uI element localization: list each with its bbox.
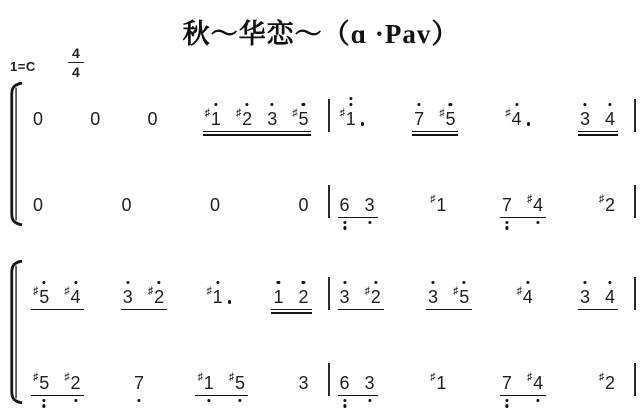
note-number: 2 — [298, 288, 308, 306]
octave-dot-below — [43, 399, 46, 402]
octave-dot-below — [43, 404, 46, 407]
lower-part-line: 000063♯17♯4♯2 — [23, 170, 636, 218]
note-number: 4 — [605, 288, 615, 306]
note-group: ♯1 — [204, 288, 234, 310]
system-lines: 000♯1♯23♯5♯17♯5♯434000063♯17♯4♯2 — [23, 84, 636, 218]
note: ♯4 — [527, 374, 543, 392]
note: 3 — [365, 196, 375, 214]
note: ♯1 — [430, 374, 446, 392]
octave-dot-above — [157, 281, 160, 284]
octave-dot-above — [418, 103, 421, 106]
note-group: 7♯4 — [500, 196, 546, 218]
measure: ♯5♯43♯2♯112 — [23, 288, 328, 310]
note-number: 1 — [436, 196, 446, 214]
note-number: 6 — [340, 374, 350, 392]
note: 4 — [605, 288, 615, 306]
octave-dot-below — [368, 221, 371, 224]
note-group: ♯2 — [597, 374, 618, 396]
note-number: 1 — [346, 110, 356, 128]
note: 7 — [502, 196, 512, 214]
note: ♯1 — [197, 374, 213, 392]
song-title: 秋～华恋～（ɑ ·Pav） — [0, 12, 642, 51]
lower-part-line: ♯5♯27♯1♯5363♯17♯4♯2 — [23, 348, 636, 396]
note-number: 2 — [154, 288, 164, 306]
note: 3 — [580, 288, 590, 306]
sharp-accidental-icon: ♯ — [236, 108, 241, 119]
note-group: 3♯5 — [426, 288, 472, 310]
note-number: 7 — [502, 374, 512, 392]
note-group: 0 — [31, 196, 46, 218]
note-number: 3 — [267, 110, 277, 128]
octave-dot-above — [343, 281, 346, 284]
note: ♯4 — [64, 288, 80, 306]
note: ♯2 — [148, 288, 164, 306]
upper-part-line: 000♯1♯23♯5♯17♯5♯434 — [23, 84, 636, 132]
note-number: 4 — [533, 374, 543, 392]
sharp-accidental-icon: ♯ — [33, 372, 38, 383]
augmentation-dot — [361, 122, 365, 126]
sharp-accidental-icon: ♯ — [197, 372, 202, 383]
note: ♯1 — [340, 110, 365, 128]
octave-dot-below — [537, 221, 540, 224]
note: ♯2 — [599, 374, 615, 392]
note-number: 7 — [134, 374, 144, 392]
note-number: 0 — [298, 196, 308, 214]
octave-dot-below — [505, 399, 508, 402]
note: 0 — [33, 196, 43, 214]
octave-dot-above — [583, 103, 586, 106]
note-group: 0 — [119, 196, 134, 218]
time-signature-numerator: 4 — [68, 45, 84, 63]
octave-dot-below — [505, 404, 508, 407]
note-number: 1 — [436, 374, 446, 392]
sharp-accidental-icon: ♯ — [599, 372, 604, 383]
octave-dot-below — [207, 399, 210, 402]
note-group: 0 — [88, 110, 103, 132]
measure: 63♯17♯4♯2 — [330, 196, 635, 218]
sharp-accidental-icon: ♯ — [430, 372, 435, 383]
octave-dot-above — [214, 103, 217, 106]
note: 0 — [147, 110, 157, 128]
note: 7 — [502, 374, 512, 392]
note: 0 — [33, 110, 43, 128]
note-number: 1 — [213, 288, 223, 306]
system-lines: ♯5♯43♯2♯1123♯23♯5♯434♯5♯27♯1♯5363♯17♯4♯2 — [23, 262, 636, 396]
note-number: 1 — [211, 110, 221, 128]
octave-dot-above — [526, 281, 529, 284]
sharp-accidental-icon: ♯ — [439, 108, 444, 119]
note-group: 34 — [578, 288, 618, 310]
note: 4 — [605, 110, 615, 128]
octave-dot-below — [368, 399, 371, 402]
sharp-accidental-icon: ♯ — [527, 372, 532, 383]
octave-dot-above — [515, 103, 518, 106]
upper-part-line: ♯5♯43♯2♯1123♯23♯5♯434 — [23, 262, 636, 310]
sharp-accidental-icon: ♯ — [206, 286, 211, 297]
octave-dot-above — [449, 103, 452, 106]
note-number: 0 — [147, 110, 157, 128]
octave-dot-above — [349, 103, 352, 106]
note-group: 0 — [145, 110, 160, 132]
note-number: 0 — [33, 196, 43, 214]
note-group: 0 — [31, 110, 46, 132]
note-group: 34 — [578, 110, 618, 132]
note-number: 3 — [428, 288, 438, 306]
note: 3 — [340, 288, 350, 306]
note-number: 4 — [533, 196, 543, 214]
octave-dot-below — [505, 221, 508, 224]
augmentation-dot — [527, 122, 531, 126]
sharp-accidental-icon: ♯ — [205, 108, 210, 119]
note: 3 — [580, 110, 590, 128]
octave-dot-below — [343, 221, 346, 224]
note: 3 — [267, 110, 277, 128]
note-number: 0 — [33, 110, 43, 128]
barline — [634, 277, 636, 310]
note: 3 — [123, 288, 133, 306]
sharp-accidental-icon: ♯ — [64, 286, 69, 297]
note: 2 — [298, 288, 308, 306]
octave-dot-above — [302, 281, 305, 284]
octave-dot-above — [374, 281, 377, 284]
note: 6 — [340, 196, 350, 214]
sharp-accidental-icon: ♯ — [453, 286, 458, 297]
note: ♯5 — [453, 288, 469, 306]
octave-dot-below — [537, 399, 540, 402]
note-number: 5 — [39, 374, 49, 392]
measure: 000♯1♯23♯5 — [23, 110, 328, 132]
octave-dot-above — [431, 281, 434, 284]
octave-dot-above — [43, 281, 46, 284]
note-number: 3 — [365, 196, 375, 214]
note-number: 0 — [210, 196, 220, 214]
note-group: 7♯4 — [500, 374, 546, 396]
note: ♯5 — [292, 110, 308, 128]
sharp-accidental-icon: ♯ — [340, 108, 345, 119]
note: ♯2 — [236, 110, 252, 128]
note-number: 6 — [340, 196, 350, 214]
note-group: ♯1 — [428, 374, 449, 396]
note: 6 — [340, 374, 350, 392]
sharp-accidental-icon: ♯ — [599, 194, 604, 205]
octave-dot-above — [608, 281, 611, 284]
octave-dot-below — [343, 399, 346, 402]
barline — [634, 185, 636, 218]
note: ♯5 — [439, 110, 455, 128]
measure: 63♯17♯4♯2 — [330, 374, 635, 396]
note-group: 12 — [271, 288, 311, 310]
barline — [634, 363, 636, 396]
note-group: ♯1 — [428, 196, 449, 218]
note-number: 2 — [371, 288, 381, 306]
octave-dot-above — [126, 281, 129, 284]
sharp-accidental-icon: ♯ — [505, 108, 510, 119]
note-number: 1 — [273, 288, 283, 306]
note: ♯4 — [505, 110, 530, 128]
measure: ♯17♯5♯434 — [330, 110, 635, 132]
note-group: 0 — [296, 196, 311, 218]
key-signature: 1=C — [10, 59, 36, 74]
note-number: 3 — [580, 110, 590, 128]
note: ♯2 — [365, 288, 381, 306]
time-signature-denominator: 4 — [68, 63, 84, 80]
measure: 0000 — [23, 196, 328, 218]
note-group: 3♯2 — [121, 288, 167, 310]
octave-dot-above — [349, 97, 352, 100]
octave-dot-above — [608, 103, 611, 106]
octave-dot-above — [246, 103, 249, 106]
note-number: 3 — [365, 374, 375, 392]
note: 7 — [414, 110, 424, 128]
octave-dot-above — [271, 103, 274, 106]
note-number: 4 — [605, 110, 615, 128]
note: 7 — [134, 374, 144, 392]
octave-dot-above — [74, 281, 77, 284]
note-number: 4 — [512, 110, 522, 128]
octave-dot-above — [583, 281, 586, 284]
note-number: 3 — [580, 288, 590, 306]
sharp-accidental-icon: ♯ — [516, 286, 521, 297]
note: ♯1 — [206, 288, 231, 306]
system-brace-icon — [8, 260, 23, 404]
note-number: 0 — [121, 196, 131, 214]
sharp-accidental-icon: ♯ — [64, 372, 69, 383]
note-group: ♯4 — [514, 288, 535, 310]
note-group: ♯4 — [503, 110, 533, 132]
note-number: 0 — [90, 110, 100, 128]
octave-dot-above — [277, 281, 280, 284]
sharp-accidental-icon: ♯ — [148, 286, 153, 297]
sharp-accidental-icon: ♯ — [430, 194, 435, 205]
sharp-accidental-icon: ♯ — [365, 286, 370, 297]
system-brace-icon — [8, 82, 23, 226]
octave-dot-above — [302, 103, 305, 106]
note-group: ♯1♯5 — [195, 374, 248, 396]
note: ♯5 — [33, 374, 49, 392]
sharp-accidental-icon: ♯ — [229, 372, 234, 383]
note: ♯1 — [205, 110, 221, 128]
note-group: 3♯2 — [338, 288, 384, 310]
note: ♯2 — [599, 196, 615, 214]
note-number: 2 — [605, 196, 615, 214]
sharp-accidental-icon: ♯ — [527, 194, 532, 205]
note-group: 7♯5 — [412, 110, 458, 132]
note-group: 63 — [338, 196, 378, 218]
score-system-2: ♯5♯43♯2♯1123♯23♯5♯434♯5♯27♯1♯5363♯17♯4♯2 — [8, 262, 636, 396]
note: 3 — [298, 374, 308, 392]
note: 3 — [428, 288, 438, 306]
note-number: 4 — [71, 288, 81, 306]
note: 0 — [210, 196, 220, 214]
octave-dot-below — [343, 404, 346, 407]
note-number: 3 — [123, 288, 133, 306]
note: ♯2 — [64, 374, 80, 392]
sharp-accidental-icon: ♯ — [292, 108, 297, 119]
octave-dot-below — [505, 226, 508, 229]
note-group: ♯5♯4 — [31, 288, 84, 310]
note: 1 — [273, 288, 283, 306]
note: ♯5 — [229, 374, 245, 392]
note-group: ♯1♯23♯5 — [203, 110, 312, 132]
octave-dot-above — [216, 281, 219, 284]
barline — [634, 99, 636, 132]
measure: ♯5♯27♯1♯53 — [23, 374, 328, 396]
note: 3 — [365, 374, 375, 392]
note-number: 2 — [71, 374, 81, 392]
note-group: 7 — [132, 374, 147, 396]
note-number: 2 — [605, 374, 615, 392]
note-number: 5 — [39, 288, 49, 306]
note-number: 7 — [414, 110, 424, 128]
octave-dot-below — [238, 399, 241, 402]
note-number: 2 — [242, 110, 252, 128]
note-number: 5 — [459, 288, 469, 306]
note-group: ♯5♯2 — [31, 374, 84, 396]
sharp-accidental-icon: ♯ — [33, 286, 38, 297]
augmentation-dot — [228, 300, 232, 304]
note-number: 4 — [523, 288, 533, 306]
note: 0 — [121, 196, 131, 214]
note-group: ♯1 — [338, 110, 368, 132]
score-system-1: 000♯1♯23♯5♯17♯5♯434000063♯17♯4♯2 — [8, 84, 636, 218]
octave-dot-above — [463, 281, 466, 284]
note: ♯5 — [33, 288, 49, 306]
note: ♯4 — [516, 288, 532, 306]
note-group: 0 — [208, 196, 223, 218]
note-number: 3 — [340, 288, 350, 306]
note-number: 5 — [298, 110, 308, 128]
note-number: 5 — [445, 110, 455, 128]
note-group: 3 — [296, 374, 311, 396]
note-group: 63 — [338, 374, 378, 396]
note-number: 7 — [502, 196, 512, 214]
note-group: ♯2 — [597, 196, 618, 218]
note: 0 — [90, 110, 100, 128]
note: 0 — [298, 196, 308, 214]
octave-dot-below — [343, 226, 346, 229]
octave-dot-below — [137, 399, 140, 402]
note: ♯4 — [527, 196, 543, 214]
octave-dot-below — [74, 399, 77, 402]
sheet-music-page: 秋～华恋～（ɑ ·Pav） 1=C 4 4 000♯1♯23♯5♯17♯5♯43… — [0, 0, 642, 418]
time-signature: 4 4 — [68, 45, 84, 80]
note-number: 5 — [235, 374, 245, 392]
note-number: 3 — [298, 374, 308, 392]
measure: 3♯23♯5♯434 — [330, 288, 635, 310]
note-number: 1 — [204, 374, 214, 392]
note: ♯1 — [430, 196, 446, 214]
